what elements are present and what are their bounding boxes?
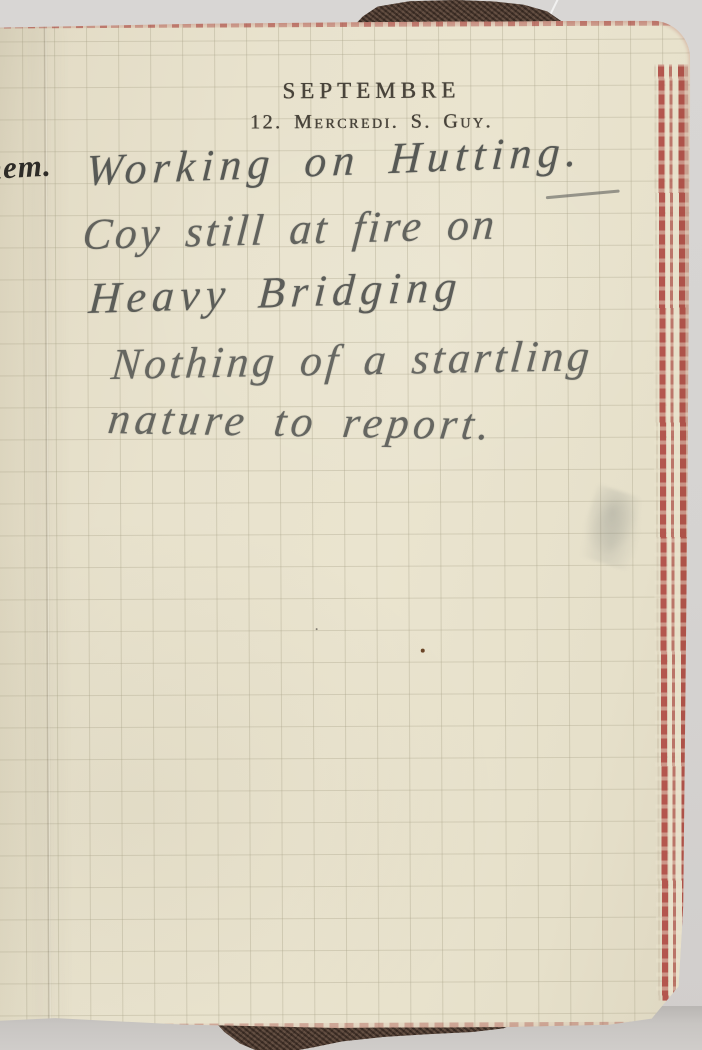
printed-date-line: 12. Mercredi. S. Guy. (52, 109, 690, 135)
handwriting-line-4: Nothing of a startling (110, 334, 595, 387)
pen-underline-stroke (546, 190, 620, 200)
diary-page: SEPTEMBRE 12. Mercredi. S. Guy. hem. Wor… (0, 20, 694, 1029)
background-scratch (549, 0, 559, 16)
handwriting-line-3: Heavy Bridging (87, 265, 464, 321)
handwriting-line-2: Coy still at fire on (81, 203, 499, 258)
printed-month: SEPTEMBRE (52, 76, 690, 105)
pencil-smudge (575, 484, 651, 572)
paper-speck (421, 649, 425, 653)
photographed-diary-scene: SEPTEMBRE 12. Mercredi. S. Guy. hem. Wor… (0, 0, 702, 1050)
red-stained-top-edge (0, 20, 690, 28)
facing-page-text-fragment: hem. (0, 148, 52, 188)
paper-speck (316, 628, 318, 630)
red-stained-fore-edge (652, 64, 692, 1000)
handwriting-line-5: nature to report. (106, 397, 497, 447)
handwriting-line-1: Working on Hutting. (85, 129, 584, 193)
